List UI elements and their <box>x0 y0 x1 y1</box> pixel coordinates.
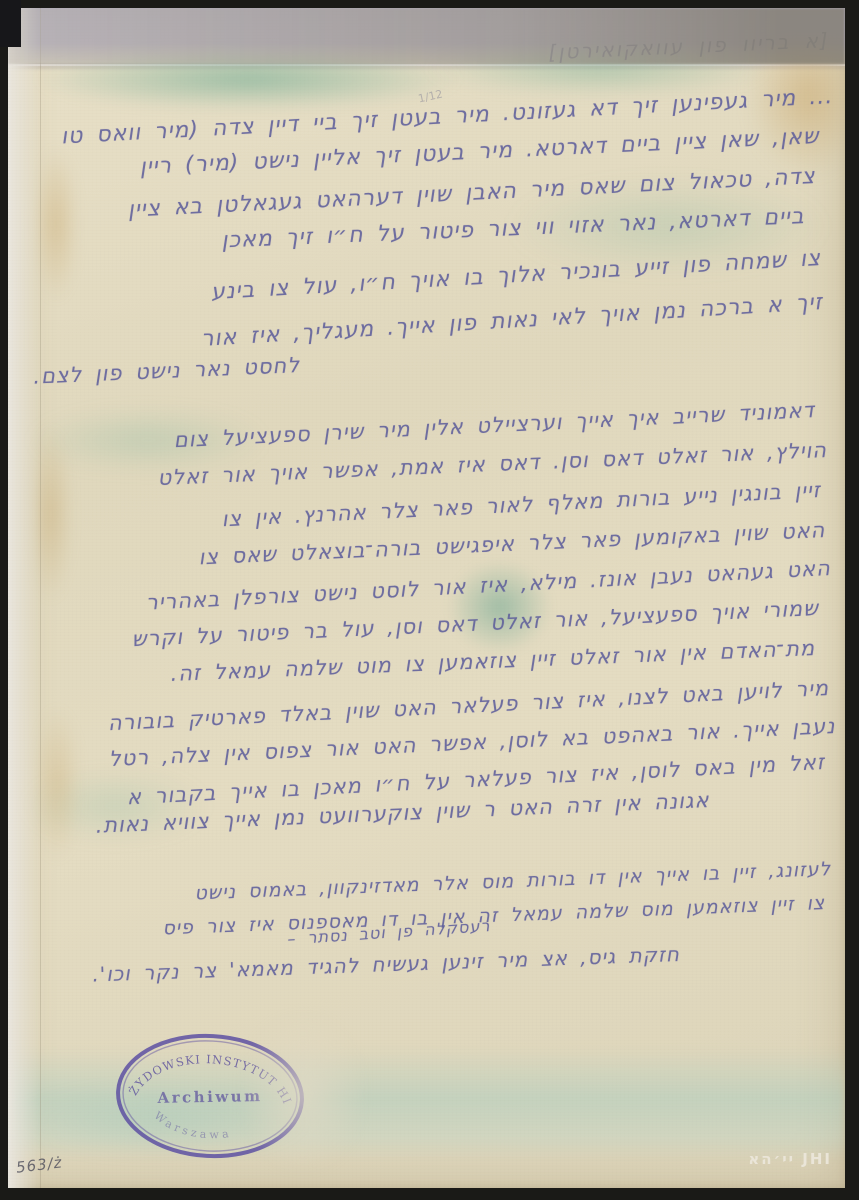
paper-sheet: [א בריוו פון עוואקואירטן] 1/12 ... מיר ג… <box>8 8 845 1188</box>
jhi-watermark: אה׳יי JHI <box>748 1150 832 1168</box>
stamp-text-bottom: Warszawa <box>151 1109 235 1143</box>
scan-black-corner <box>0 0 21 47</box>
stamp-fade-overlay <box>243 1018 363 1168</box>
svg-text:Warszawa: Warszawa <box>151 1109 235 1143</box>
scanned-letter-page: [א בריוו פון עוואקואירטן] 1/12 ... מיר ג… <box>0 0 859 1200</box>
bottom-shadow-zone <box>8 8 845 64</box>
